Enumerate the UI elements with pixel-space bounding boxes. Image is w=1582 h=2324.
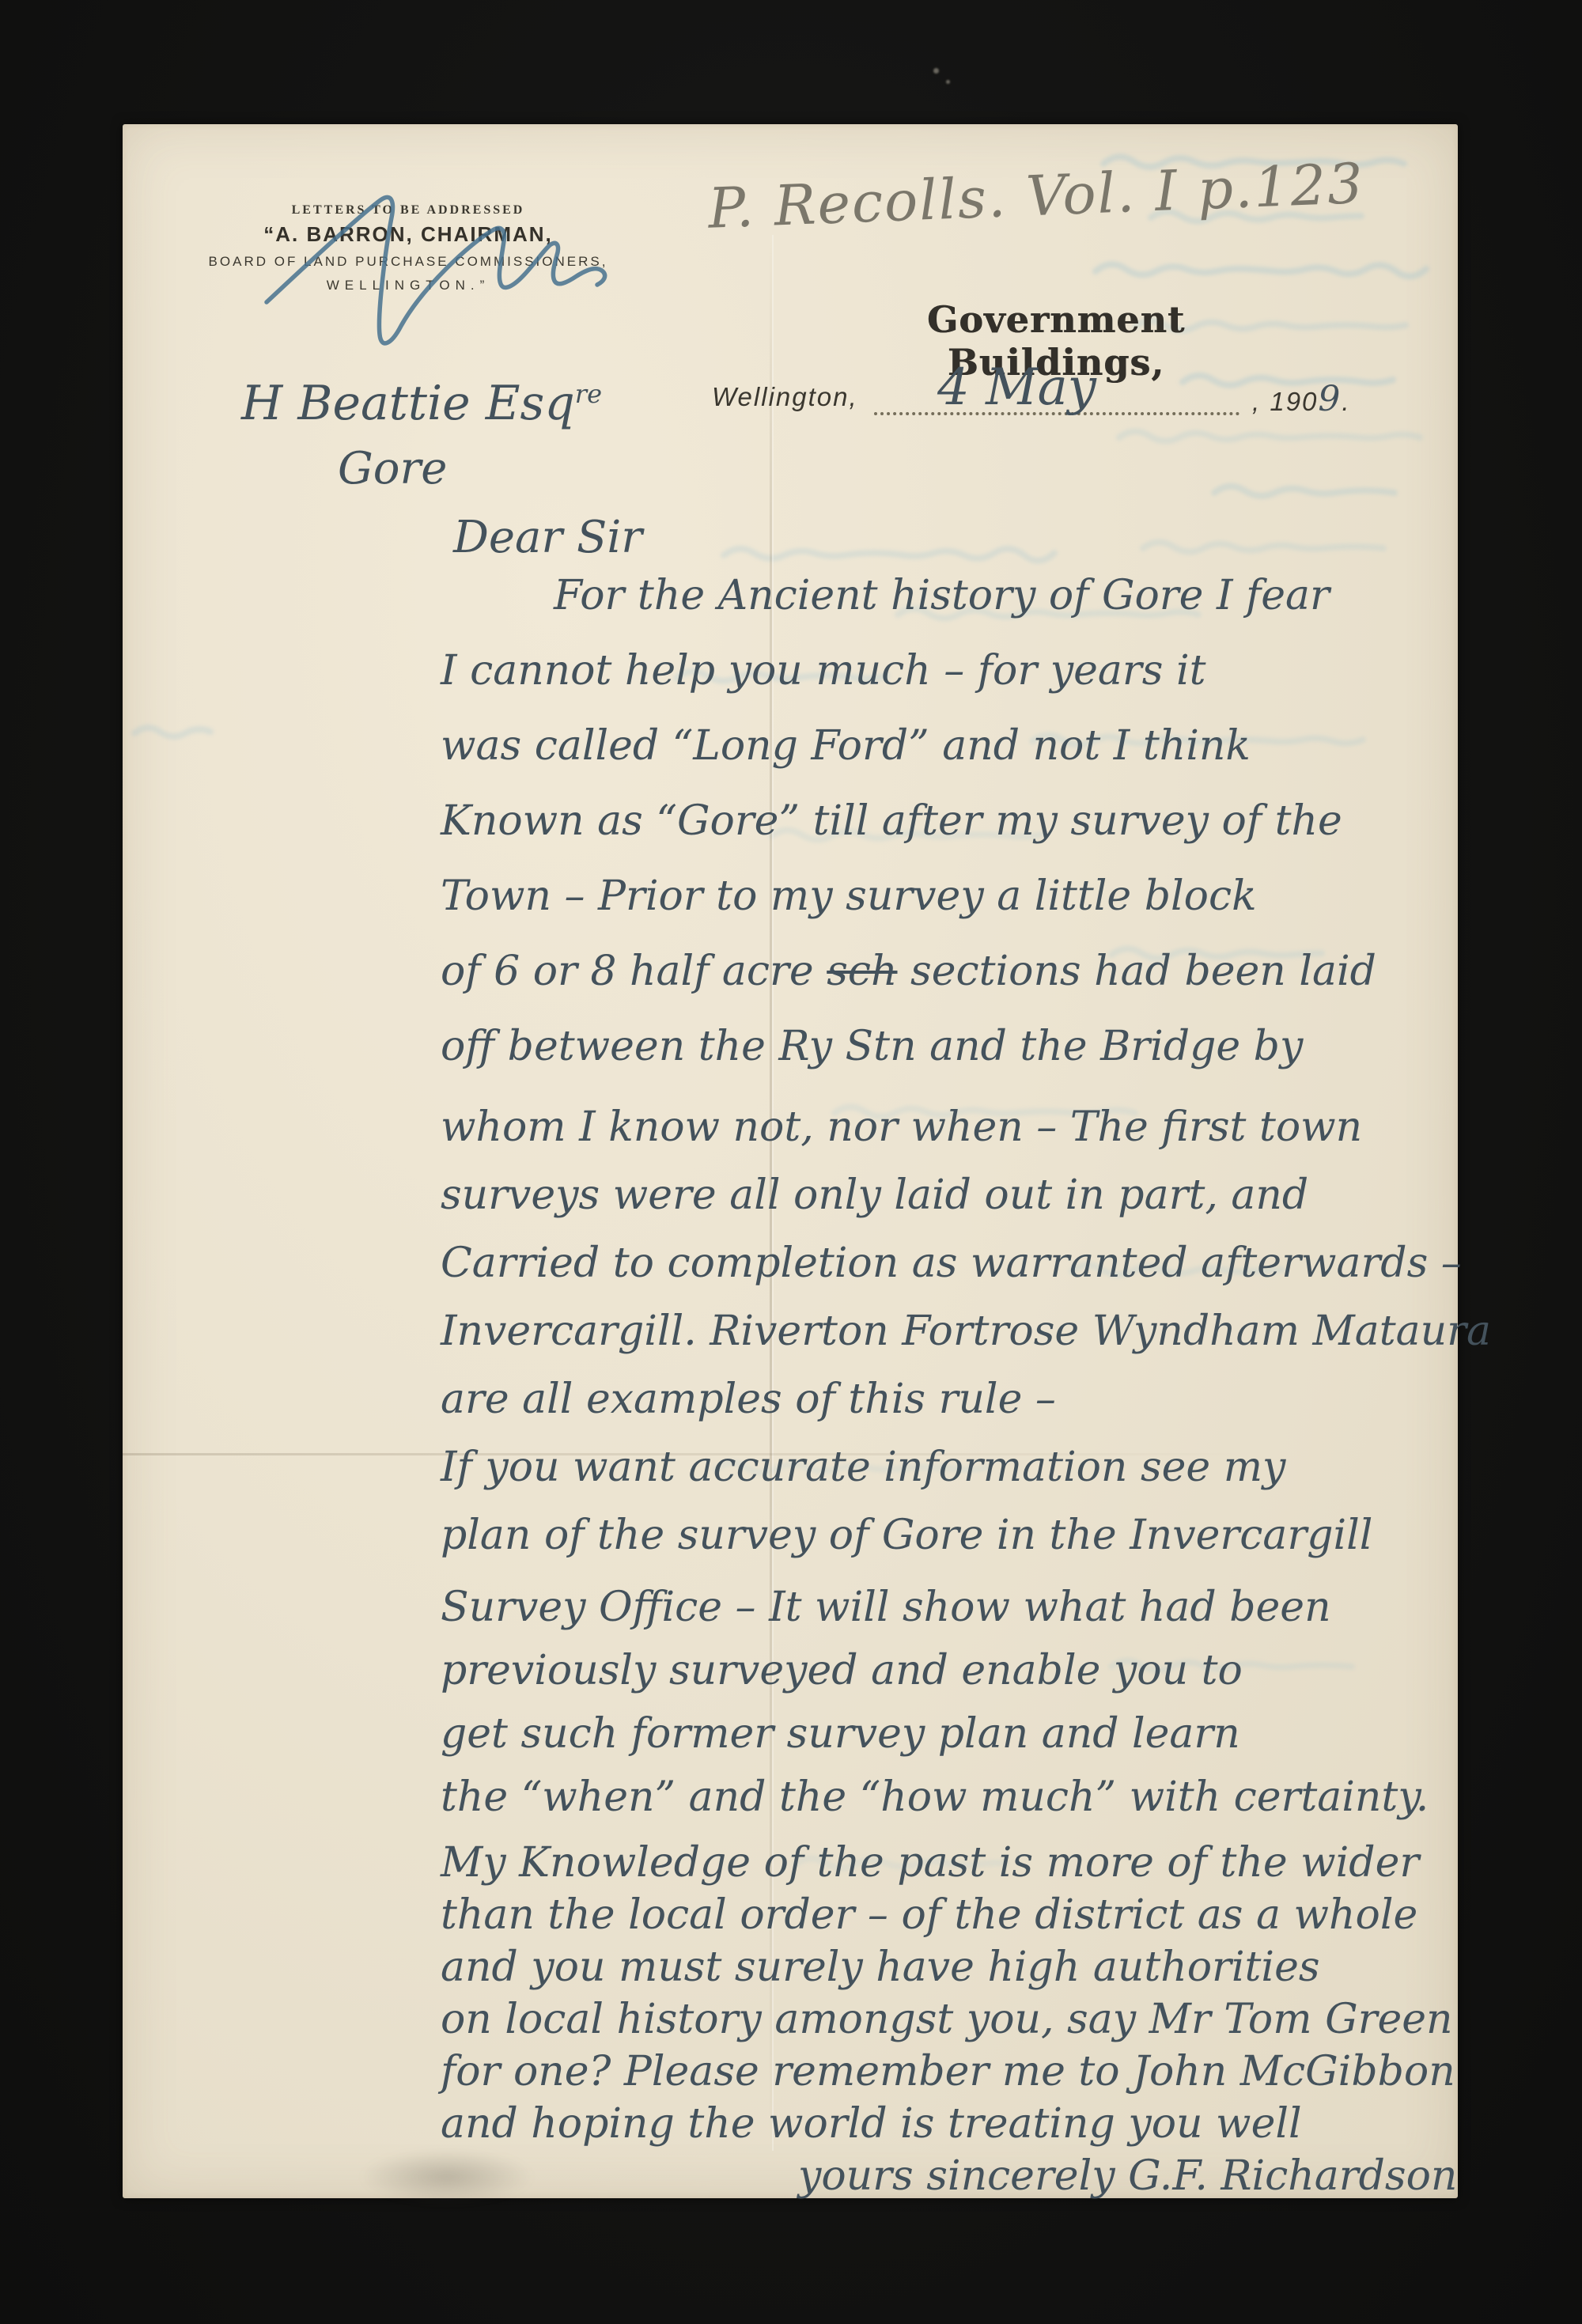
body-text-segment: whom I know not, nor when – The first to… (441, 1103, 1362, 1151)
dateline-handwritten-date: 4 May (937, 358, 1096, 417)
recipient-name-suffix: re (575, 379, 602, 409)
body-text-segment: Town – Prior to my survey a little block (441, 872, 1257, 920)
body-text-segment: and you must surely have high authoritie… (441, 1944, 1320, 1991)
body-text-segment: off between the Ry Stn and the Bridge by (441, 1023, 1303, 1070)
body-line: for one? Please remember me to John McGi… (441, 2048, 1469, 2100)
body-line: off between the Ry Stn and the Bridge by (441, 1023, 1469, 1098)
body-line: Carried to completion as warranted after… (441, 1240, 1469, 1308)
dateline-year-prefix: , 190 (1252, 387, 1318, 416)
body-line: Town – Prior to my survey a little block (441, 872, 1469, 948)
body-text-segment: was called “Long Ford” and not I think (441, 722, 1251, 770)
photo-background: P. Recolls. Vol. I p.123 LETTERS TO BE A… (0, 0, 1582, 2324)
body-text-segment: than the local order – of the district a… (441, 1891, 1417, 1939)
body-line: are all examples of this rule – (441, 1376, 1469, 1444)
ink-scribble (257, 187, 629, 354)
body-text-segment: Invercargill. Riverton Fortrose Wyndham … (441, 1308, 1491, 1355)
body-text-segment: Known as “Gore” till after my survey of … (441, 797, 1342, 845)
body-line: the “when” and the “how much” with certa… (441, 1773, 1469, 1837)
body-text-segment: I cannot help you much – for years it (441, 647, 1205, 695)
body-line: If you want accurate information see my (441, 1444, 1469, 1512)
body-line: on local history amongst you, say Mr Tom… (441, 1996, 1469, 2048)
struck-word: sch (827, 948, 897, 995)
dateline-year: , 1909. (1252, 379, 1351, 419)
body-line: whom I know not, nor when – The first to… (441, 1103, 1469, 1171)
body-text-segment: yours sincerely G.F. Richardson (798, 2152, 1457, 2200)
body-line: and hoping the world is treating you wel… (441, 2100, 1469, 2152)
body-line: previously surveyed and enable you to (441, 1647, 1469, 1710)
body-text-segment: For the Ancient history of Gore I fear (554, 572, 1330, 619)
body-text-segment: get such former survey plan and learn (441, 1710, 1240, 1758)
body-line: Invercargill. Riverton Fortrose Wyndham … (441, 1308, 1469, 1376)
body-text-segment: My Knowledge of the past is more of the … (441, 1839, 1419, 1887)
letter-body-group-4: My Knowledge of the past is more of the … (441, 1839, 1469, 2205)
body-text-segment: the “when” and the “how much” with certa… (441, 1773, 1429, 1821)
body-line: surveys were all only laid out in part, … (441, 1171, 1469, 1240)
body-text-segment: surveys were all only laid out in part, … (441, 1171, 1308, 1219)
body-text-segment: If you want accurate information see my (441, 1444, 1285, 1491)
dust-speck (933, 68, 939, 74)
body-text-segment: Carried to completion as warranted after… (441, 1240, 1462, 1287)
dateline-city: Wellington, (712, 382, 858, 412)
body-text-segment: and hoping the world is treating you wel… (441, 2100, 1302, 2148)
body-line: yours sincerely G.F. Richardson (441, 2152, 1469, 2205)
pencil-annotation: P. Recolls. Vol. I p.123 (707, 145, 1523, 240)
dust-speck (946, 80, 950, 84)
body-line: of 6 or 8 half acre sch sections had bee… (441, 948, 1469, 1023)
body-text-segment: of 6 or 8 half acre (441, 948, 827, 995)
letter-body-group-2: whom I know not, nor when – The first to… (441, 1103, 1469, 1580)
body-line: and you must surely have high authoritie… (441, 1944, 1469, 1996)
body-text-segment: previously surveyed and enable you to (441, 1647, 1243, 1694)
body-line: My Knowledge of the past is more of the … (441, 1839, 1469, 1891)
salutation: Dear Sir (453, 512, 642, 563)
recipient-place: Gore (338, 443, 447, 494)
dateline-year-digit: 9 (1318, 379, 1342, 419)
body-line: For the Ancient history of Gore I fear (441, 572, 1469, 647)
body-line: Survey Office – It will show what had be… (441, 1584, 1469, 1647)
body-line: I cannot help you much – for years it (441, 647, 1469, 722)
body-text-segment: are all examples of this rule – (441, 1376, 1056, 1423)
body-line: than the local order – of the district a… (441, 1891, 1469, 1944)
body-text-segment: for one? Please remember me to John McGi… (441, 2048, 1455, 2095)
recipient-name: H Beattie Esqre (241, 376, 602, 431)
body-line: get such former survey plan and learn (441, 1710, 1469, 1773)
body-line: was called “Long Ford” and not I think (441, 722, 1469, 797)
body-line: Known as “Gore” till after my survey of … (441, 797, 1469, 872)
letter-paper: P. Recolls. Vol. I p.123 LETTERS TO BE A… (123, 124, 1458, 2198)
body-line: plan of the survey of Gore in the Inverc… (441, 1512, 1469, 1580)
body-text-segment: on local history amongst you, say Mr Tom… (441, 1996, 1453, 2043)
letter-body-group-1: For the Ancient history of Gore I fearI … (441, 572, 1469, 1098)
letter-body-group-3: Survey Office – It will show what had be… (441, 1584, 1469, 1837)
dateline-year-period: . (1342, 387, 1350, 416)
body-text-segment: plan of the survey of Gore in the Inverc… (441, 1512, 1372, 1559)
body-text-segment: Survey Office – It will show what had be… (441, 1584, 1331, 1631)
recipient-name-text: H Beattie Esq (241, 376, 575, 431)
body-text-segment: sections had been laid (898, 948, 1376, 995)
